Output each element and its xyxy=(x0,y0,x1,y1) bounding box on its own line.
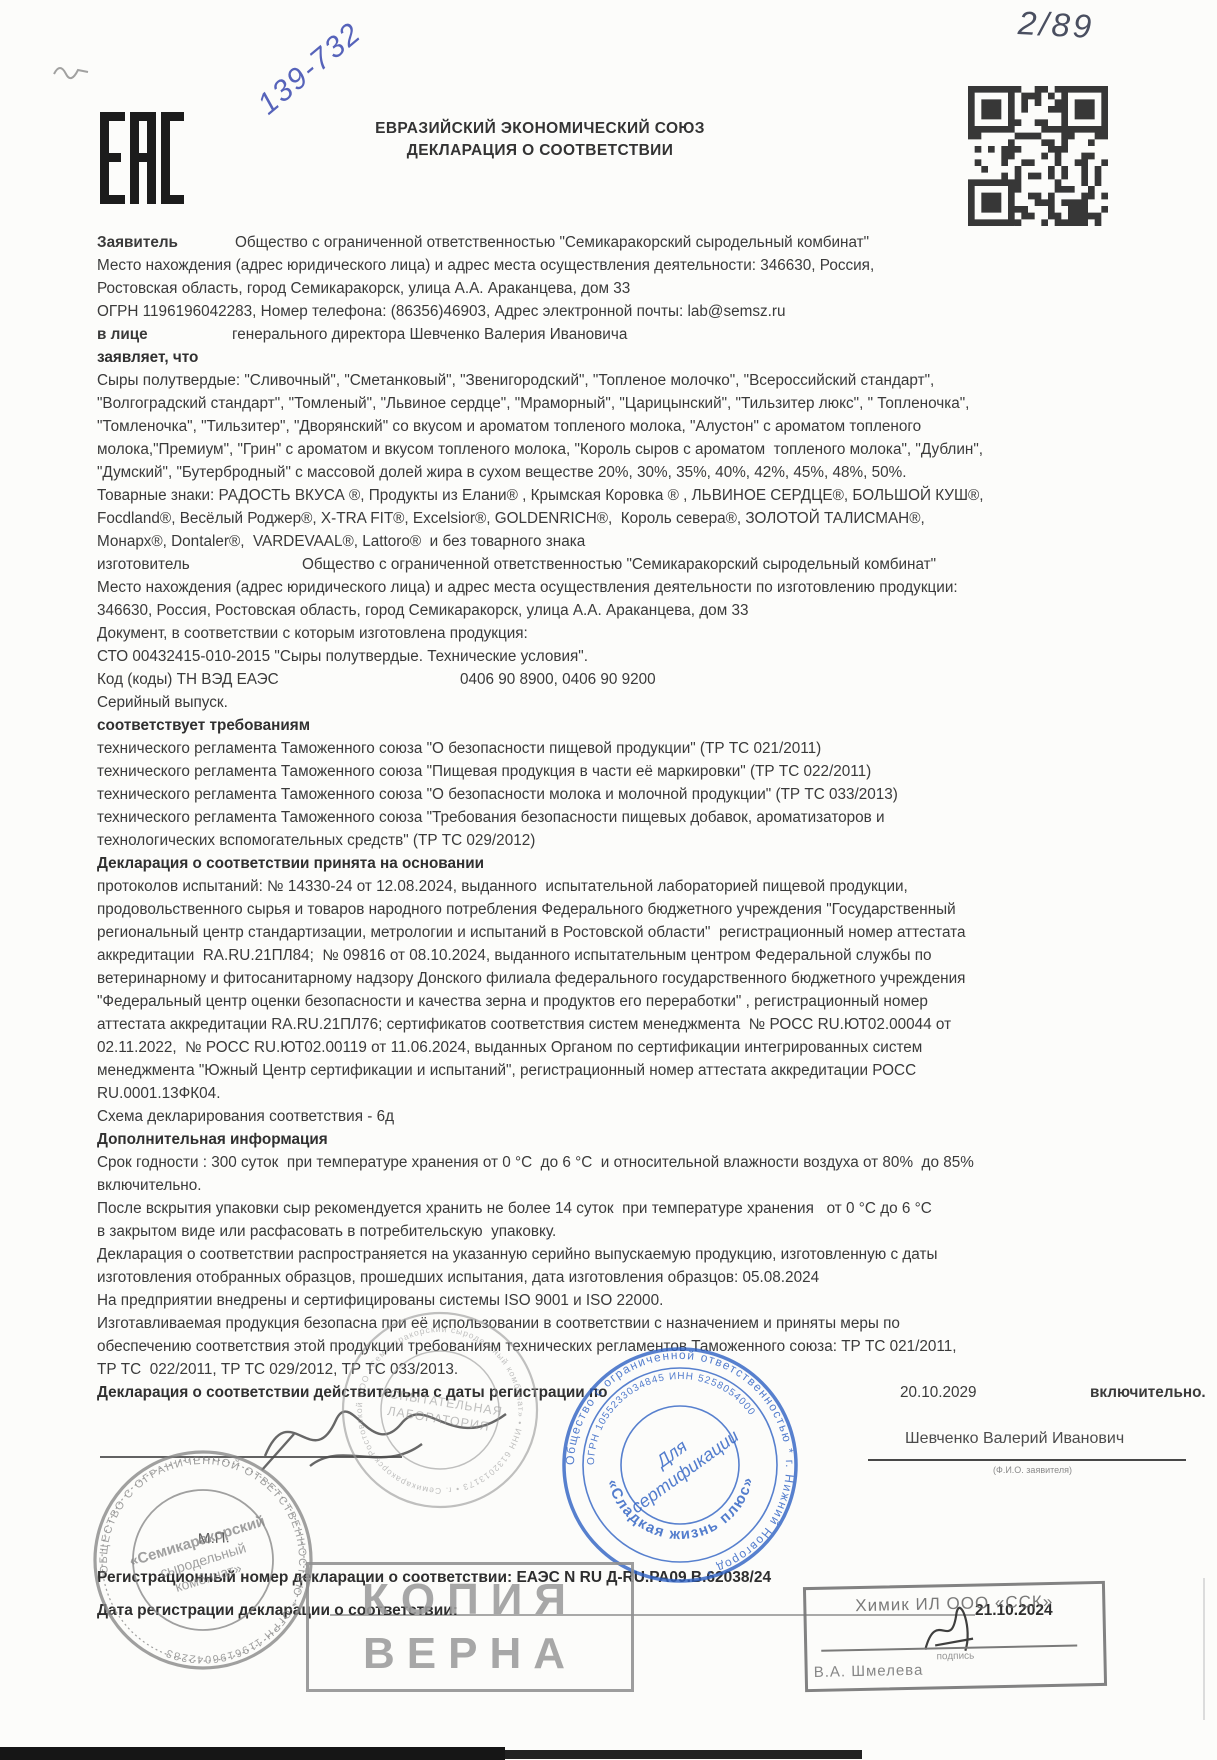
scan-bottom-bar-2 xyxy=(505,1750,862,1759)
doc-line: СТО 00432415-010-2015 "Сыры полутвердые.… xyxy=(97,645,1172,668)
chemist-signature-line xyxy=(821,1644,1077,1651)
doc-line: продовольственного сырья и товаров народ… xyxy=(97,898,1172,921)
doc-line: Документ, в соответствии с которым изгот… xyxy=(97,622,1172,645)
doc-line: технического регламента Таможенного союз… xyxy=(97,783,1172,806)
doc-line: "Думский", "Бутербродный" с массовой дол… xyxy=(97,461,1172,484)
mp-seal-label: М.П. xyxy=(198,1529,230,1548)
registration-date-label: Дата регистрации декларации о соответств… xyxy=(97,1602,458,1620)
doc-line: Товарные знаки: РАДОСТЬ ВКУСА ®, Продукт… xyxy=(97,484,1172,507)
doc-line: изготовления отобранных образцов, прошед… xyxy=(97,1266,1172,1289)
doc-line: региональный центр стандартизации, метро… xyxy=(97,921,1172,944)
blue-stamp-brand-text: «Сладкая жизнь плюс» xyxy=(604,1475,757,1544)
doc-line: RU.0001.13ФК04. xyxy=(97,1082,1172,1105)
doc-line: Монарх®, Dontaler®, VARDEVAAL®, Lattoro®… xyxy=(97,530,1172,553)
doc-line: 02.11.2022, № РОСС RU.ЮТ02.00119 от 11.0… xyxy=(97,1036,1172,1059)
validity-date: 20.10.2029 xyxy=(900,1381,977,1404)
doc-line: аттестата аккредитации RA.RU.21ПЛ76; сер… xyxy=(97,1013,1172,1036)
handwritten-file-number: 139-732 xyxy=(252,16,369,122)
document-title: ДЕКЛАРАЦИЯ О СООТВЕТСТВИИ xyxy=(315,140,765,162)
doc-line: изготовительОбщество с ограниченной отве… xyxy=(97,553,1172,576)
registration-number-value: ЕАЭС N RU Д-RU.РА09.В.62038/24 xyxy=(516,1569,771,1586)
doc-line: Место нахождения (адрес юридического лиц… xyxy=(97,254,1172,277)
doc-line: Декларация о соответствии распространяет… xyxy=(97,1243,1172,1266)
doc-line: в лицегенерального директора Шевченко Ва… xyxy=(97,323,1172,346)
doc-line: Срок годности : 300 суток при температур… xyxy=(97,1151,1172,1174)
scan-bottom-bar xyxy=(0,1747,505,1760)
blue-stamp-center-line1: Для xyxy=(651,1436,691,1473)
tnved-label: Код (коды) ТН ВЭД ЕАЭС xyxy=(97,668,460,691)
doc-line: обеспечению соответствия этой продукции … xyxy=(97,1335,1172,1358)
scan-edge-line xyxy=(1203,1578,1205,1720)
blue-stamp-center-line2: сертификации xyxy=(627,1426,742,1517)
handwritten-signature xyxy=(250,1378,520,1488)
qr-code xyxy=(968,86,1108,226)
chemist-signature-caption: подпись xyxy=(807,1648,1103,1665)
doc-line: Код (коды) ТН ВЭД ЕАЭС0406 90 8900, 0406… xyxy=(97,668,1172,691)
chemist-name: В.А. Шмелева xyxy=(814,1662,924,1681)
in-person-value: генерального директора Шевченко Валерия … xyxy=(232,326,627,343)
doc-line: ЗаявительОбщество с ограниченной ответст… xyxy=(97,231,1172,254)
doc-line: аккредитации RA.RU.21ПЛ84; № 09816 от 08… xyxy=(97,944,1172,967)
doc-line: Сыры полутвердые: "Сливочный", "Сметанко… xyxy=(97,369,1172,392)
doc-line: "Волгоградский стандарт", "Томленый", "Л… xyxy=(97,392,1172,415)
applicant-label: Заявитель xyxy=(97,231,235,254)
doc-line: Схема декларирования соответствия - 6д xyxy=(97,1105,1172,1128)
eac-mark-logo xyxy=(100,112,184,204)
doc-line: технического регламента Таможенного союз… xyxy=(97,737,1172,760)
scan-artifact xyxy=(52,62,92,84)
applicant-value: Общество с ограниченной ответственностью… xyxy=(235,234,869,251)
doc-line: Изготавливаемая продукция безопасна при … xyxy=(97,1312,1172,1335)
doc-line: включительно. xyxy=(97,1174,1172,1197)
union-title: ЕВРАЗИЙСКИЙ ЭКОНОМИЧЕСКИЙ СОЮЗ xyxy=(315,118,765,140)
doc-line: Серийный выпуск. xyxy=(97,691,1172,714)
signer-name: Шевченко Валерий Иванович xyxy=(905,1430,1124,1448)
basis-heading: Декларация о соответствии принята на осн… xyxy=(97,852,1172,875)
registration-number-line: Регистрационный номер декларации о соотв… xyxy=(97,1569,771,1587)
complies-heading: соответствует требованиям xyxy=(97,714,1172,737)
additional-heading: Дополнительная информация xyxy=(97,1128,1172,1151)
validity-tail: включительно. xyxy=(1090,1381,1206,1404)
svg-text:«Сладкая жизнь плюс»: «Сладкая жизнь плюс» xyxy=(604,1475,757,1544)
doc-line: Ростовская область, город Семикаракорск,… xyxy=(97,277,1172,300)
signer-signature-line xyxy=(868,1459,1186,1461)
doc-line: Место нахождения (адрес юридического лиц… xyxy=(97,576,1172,599)
doc-line: менеджмента "Южный Центр сертификации и … xyxy=(97,1059,1172,1082)
handwritten-page-number: 2/89 xyxy=(1017,4,1095,46)
manufacturer-label: изготовитель xyxy=(97,553,302,576)
doc-line: Focdland®, Весёлый Роджер®, X-TRA FIT®, … xyxy=(97,507,1172,530)
chemist-stamp-box: Химик ИЛ ООО «ССК» подпись В.А. Шмелева xyxy=(803,1581,1107,1692)
doc-line: После вскрытия упаковки сыр рекомендуетс… xyxy=(97,1197,1172,1220)
document-header: ЕВРАЗИЙСКИЙ ЭКОНОМИЧЕСКИЙ СОЮЗ ДЕКЛАРАЦИ… xyxy=(315,118,765,162)
document-body: ЗаявительОбщество с ограниченной ответст… xyxy=(97,231,1172,1404)
registration-date-value: 21.10.2024 xyxy=(975,1602,1053,1620)
manufacturer-value: Общество с ограниченной ответственностью… xyxy=(302,556,936,573)
doc-line: ветеринарному и фитосанитарному надзору … xyxy=(97,967,1172,990)
doc-line: ОГРН 1196196042283, Номер телефона: (863… xyxy=(97,300,1172,323)
declares-heading: заявляет, что xyxy=(97,346,1172,369)
doc-line: 346630, Россия, Ростовская область, горо… xyxy=(97,599,1172,622)
doc-line: На предприятии внедрены и сертифицирован… xyxy=(97,1289,1172,1312)
tnved-value: 0406 90 8900, 0406 90 9200 xyxy=(460,671,656,688)
registration-number-label: Регистрационный номер декларации о соотв… xyxy=(97,1569,512,1586)
doc-line: протоколов испытаний: № 14330-24 от 12.0… xyxy=(97,875,1172,898)
declaration-document-page: 139-732 2/89 ЕВРАЗИЙСКИЙ ЭКОНОМИЧЕСКИЙ С… xyxy=(0,0,1217,1760)
in-person-label: в лице xyxy=(97,323,232,346)
doc-line: в закрытом виде или расфасовать в потреб… xyxy=(97,1220,1172,1243)
doc-line: технологических вспомогательных средств"… xyxy=(97,829,1172,852)
copy-stamp-line2: ВЕРНА xyxy=(363,1627,577,1681)
doc-line: молока,"Премиум", "Грин" с ароматом и вк… xyxy=(97,438,1172,461)
doc-line: технического регламента Таможенного союз… xyxy=(97,760,1172,783)
doc-line: "Томленочка", "Тильзитер", "Дворянский" … xyxy=(97,415,1172,438)
doc-line: "Федеральный центр оценки безопасности и… xyxy=(97,990,1172,1013)
doc-line: технического регламента Таможенного союз… xyxy=(97,806,1172,829)
signer-caption: (Ф.И.О. заявителя) xyxy=(993,1465,1072,1475)
